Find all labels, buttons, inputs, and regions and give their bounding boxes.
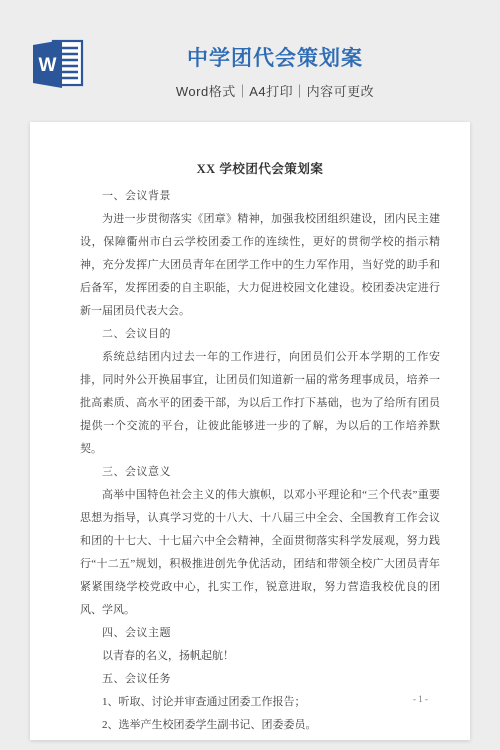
document-body: XX 学校团代会策划案 一、会议背景为进一步贯彻落实《团章》精神，加强我校团组织… bbox=[30, 122, 470, 737]
document-page: XX 学校团代会策划案 一、会议背景为进一步贯彻落实《团章》精神，加强我校团组织… bbox=[30, 122, 470, 740]
section-heading: 一、会议背景 bbox=[80, 185, 440, 208]
word-logo-letter: W bbox=[39, 55, 57, 76]
template-subtitle: Word格式｜A4打印｜内容可更改 bbox=[50, 81, 500, 100]
section-heading: 五、会议任务 bbox=[80, 668, 440, 691]
header: W 中学团代会策划案 Word格式｜A4打印｜内容可更改 bbox=[0, 0, 500, 122]
template-title: 中学团代会策划案 bbox=[50, 42, 500, 72]
paragraph: 以青春的名义，扬帆起航！ bbox=[80, 645, 440, 668]
paragraph: 1、听取、讨论并审查通过团委工作报告； bbox=[80, 691, 440, 714]
paragraph: 高举中国特色社会主义的伟大旗帜，以邓小平理论和“三个代表”重要思想为指导，认真学… bbox=[80, 484, 440, 622]
section-heading: 四、会议主题 bbox=[80, 622, 440, 645]
word-logo-icon: W bbox=[30, 38, 86, 90]
paragraph: 为进一步贯彻落实《团章》精神，加强我校团组织建设，团内民主建设，保障衢州市白云学… bbox=[80, 208, 440, 323]
paragraph: 2、选举产生校团委学生副书记、团委委员。 bbox=[80, 714, 440, 737]
section-heading: 二、会议目的 bbox=[80, 323, 440, 346]
document-sections: 一、会议背景为进一步贯彻落实《团章》精神，加强我校团组织建设，团内民主建设，保障… bbox=[80, 185, 440, 737]
document-title: XX 学校团代会策划案 bbox=[80, 158, 440, 181]
paragraph: 系统总结团内过去一年的工作进行，向团员们公开本学期的工作安排，同时外公开换届事宜… bbox=[80, 346, 440, 461]
section-heading: 三、会议意义 bbox=[80, 461, 440, 484]
page-number: - 1 - bbox=[413, 694, 428, 704]
template-preview-page: { "header": { "title": "中学团代会策划案", "subt… bbox=[0, 0, 500, 750]
